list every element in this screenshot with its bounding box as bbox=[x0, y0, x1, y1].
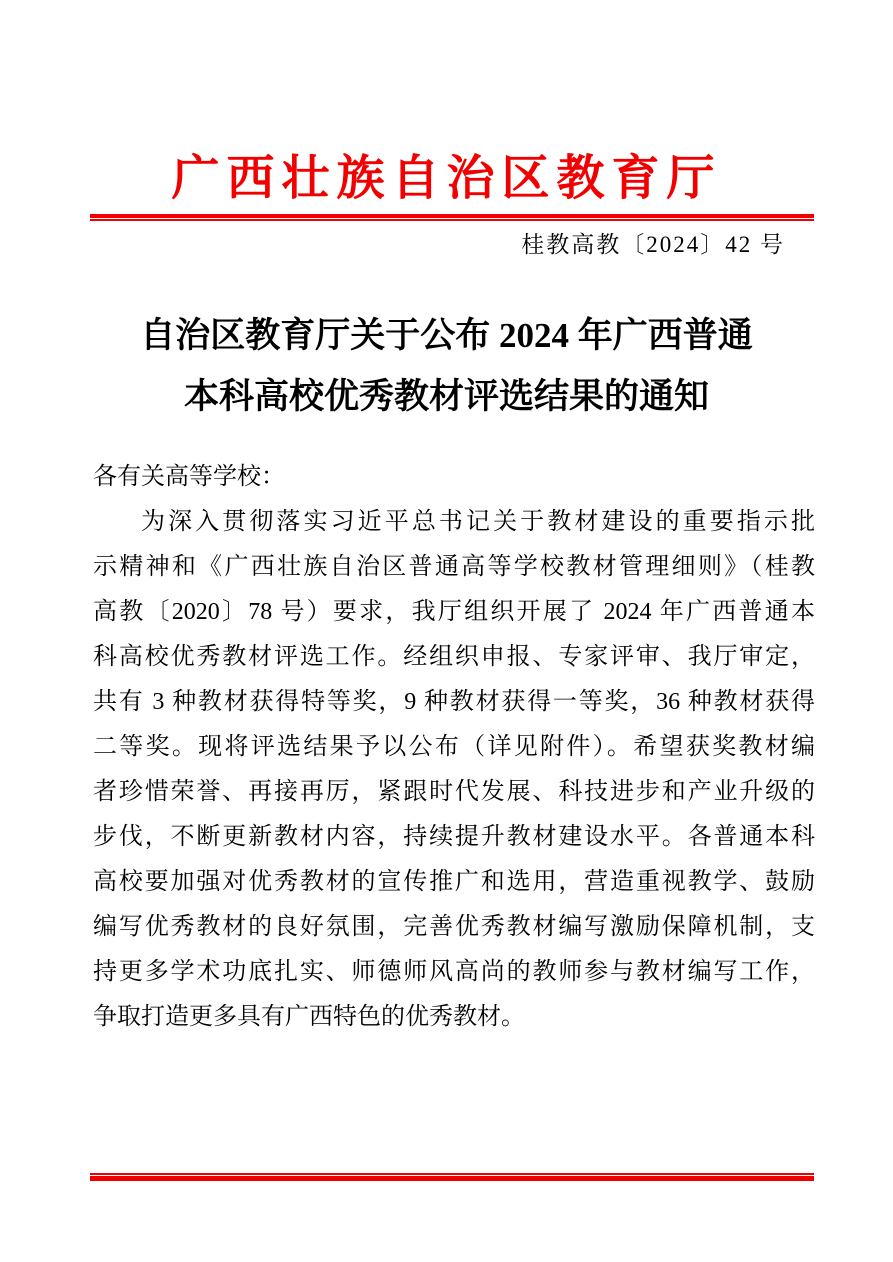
header-divider bbox=[90, 214, 814, 221]
footer-divider bbox=[90, 1173, 814, 1181]
body-line: 高教〔2020〕78 号）要求，我厅组织开展了 2024 年广西普通本 bbox=[93, 590, 815, 635]
document-title: 自治区教育厅关于公布 2024 年广西普通 本科高校优秀教材评选结果的通知 bbox=[0, 305, 893, 427]
body-line: 示精神和《广西壮族自治区普通高等学校教材管理细则》（桂教 bbox=[93, 545, 815, 590]
document-title-line2: 本科高校优秀教材评选结果的通知 bbox=[0, 366, 893, 427]
body-line: 共有 3 种教材获得特等奖，9 种教材获得一等奖，36 种教材获得 bbox=[93, 680, 815, 725]
body-line: 争取打造更多具有广西特色的优秀教材。 bbox=[93, 995, 815, 1040]
body-line: 二等奖。现将评选结果予以公布（详见附件）。希望获奖教材编 bbox=[93, 725, 815, 770]
notice-body: 各有关高等学校： 为深入贯彻落实习近平总书记关于教材建设的重要指示批 示精神和《… bbox=[93, 455, 815, 1040]
body-line: 者珍惜荣誉、再接再厉，紧跟时代发展、科技进步和产业升级的 bbox=[93, 770, 815, 815]
document-page: 广西壮族自治区教育厅 桂教高教〔2024〕42 号 自治区教育厅关于公布 202… bbox=[0, 0, 893, 1262]
header-divider-thin-line bbox=[90, 219, 814, 221]
body-line: 步伐，不断更新教材内容，持续提升教材建设水平。各普通本科 bbox=[93, 815, 815, 860]
document-number: 桂教高教〔2024〕42 号 bbox=[521, 230, 785, 260]
footer-divider-thick-line bbox=[90, 1176, 814, 1181]
body-line: 科高校优秀教材评选工作。经组织申报、专家评审、我厅审定， bbox=[93, 635, 815, 680]
document-title-line1: 自治区教育厅关于公布 2024 年广西普通 bbox=[0, 305, 893, 366]
body-line: 持更多学术功底扎实、师德师风高尚的教师参与教材编写工作， bbox=[93, 950, 815, 995]
body-line: 高校要加强对优秀教材的宣传推广和选用，营造重视教学、鼓励 bbox=[93, 860, 815, 905]
agency-name: 广西壮族自治区教育厅 bbox=[0, 153, 893, 205]
body-line: 为深入贯彻落实习近平总书记关于教材建设的重要指示批 bbox=[93, 500, 815, 545]
salutation: 各有关高等学校： bbox=[93, 455, 815, 500]
body-line: 编写优秀教材的良好氛围，完善优秀教材编写激励保障机制，支 bbox=[93, 905, 815, 950]
